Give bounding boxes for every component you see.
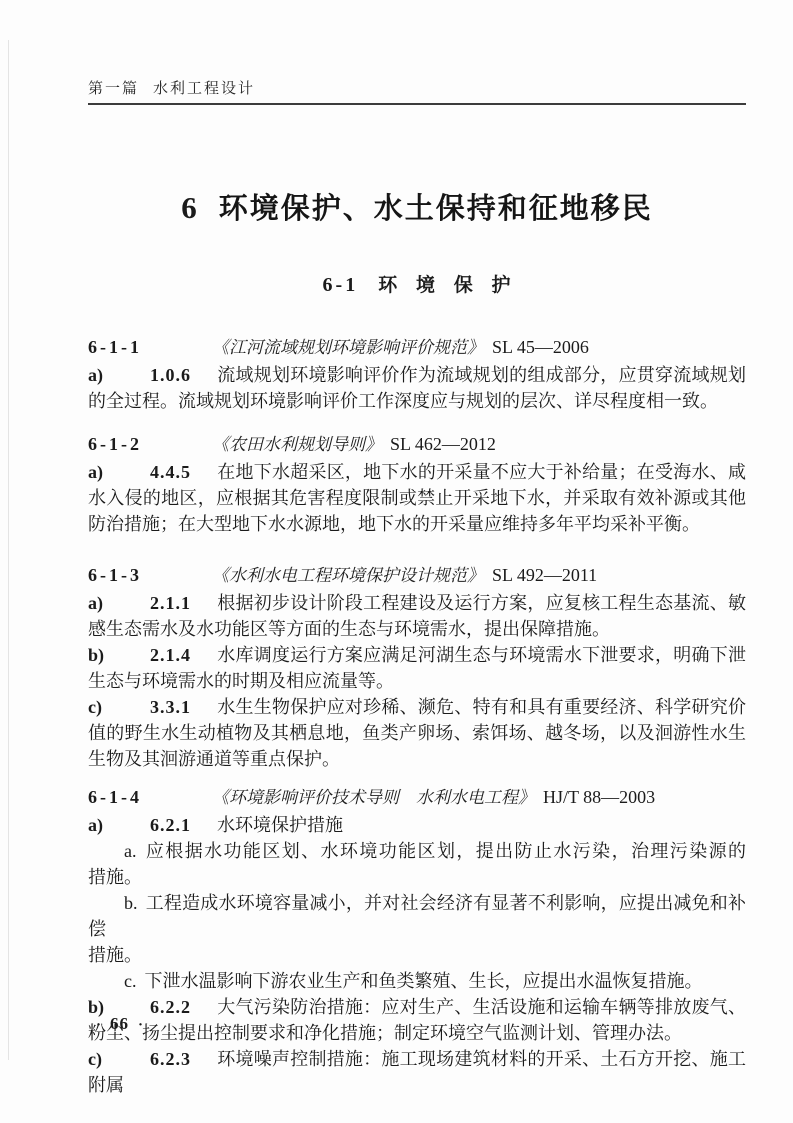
- entry-standard-code: SL 45—2006: [492, 337, 589, 357]
- clause-label: a): [88, 362, 150, 388]
- page-number-value: 66: [110, 1014, 129, 1033]
- header-part-title: 水利工程设计: [153, 80, 255, 97]
- sub-clause-label: a.: [124, 841, 137, 861]
- entry-book-title: 《水利水电工程环境保护设计规范》: [212, 566, 484, 585]
- header-rule: [88, 103, 746, 105]
- sub-clause-text: 工程造成水环境容量减小，并对社会经济有显著不利影响，应提出减免和补偿: [88, 893, 746, 939]
- sub-clause-line1: a.应根据水功能区划、水环境功能区划，提出防止水污染，治理污染源的: [88, 838, 746, 864]
- chapter-number: 6: [181, 190, 197, 225]
- entry-heading: 6-1-1《江河流域规划环境影响评价规范》SL 45—2006: [88, 334, 746, 362]
- clause-text: 水环境保护措施: [217, 815, 343, 835]
- entry-heading: 6-1-2《农田水利规划导则》SL 462—2012: [88, 431, 746, 459]
- clause-label: a): [88, 459, 150, 485]
- clause-item: c)3.3.1水生生物保护应对珍稀、濒危、特有和具有重要经济、科学研究价值的野生…: [88, 694, 746, 772]
- clause-label: b): [88, 642, 150, 668]
- entry-id: 6-1-4: [88, 784, 212, 810]
- clause-label: a): [88, 590, 150, 616]
- sub-clause-label: b.: [124, 893, 138, 913]
- chapter-heading: 6环境保护、水土保持和征地移民: [88, 189, 746, 227]
- clause-item: b)6.2.2大气污染防治措施：应对生产、生活设施和运输车辆等排放废气、粉尘、扬…: [88, 994, 746, 1046]
- sub-clause-label: c.: [124, 971, 137, 991]
- sub-clause-line1: b.工程造成水环境容量减小，并对社会经济有显著不利影响，应提出减免和补偿: [88, 890, 746, 942]
- sub-clause-item: b.工程造成水环境容量减小，并对社会经济有显著不利影响，应提出减免和补偿 措施。: [88, 890, 746, 968]
- clause-item: a)4.4.5在地下水超采区，地下水的开采量不应大于补给量；在受海水、咸水入侵的…: [88, 459, 746, 537]
- entry-standard-code: SL 462—2012: [390, 434, 496, 454]
- clause-number: 1.0.6: [150, 365, 191, 385]
- sub-clause-line1: c.下泄水温影响下游农业生产和鱼类繁殖、生长，应提出水温恢复措施。: [88, 968, 746, 994]
- entry-id: 6-1-1: [88, 334, 212, 360]
- clause-number: 6.2.3: [150, 1049, 191, 1069]
- sub-clause-line2: 措施。: [88, 942, 746, 968]
- running-header: 第一篇水利工程设计: [88, 0, 746, 98]
- sub-clause-text: 下泄水温影响下游农业生产和鱼类繁殖、生长，应提出水温恢复措施。: [145, 971, 703, 991]
- page-number: ·66·: [96, 1014, 143, 1035]
- sub-clause-item: c.下泄水温影响下游农业生产和鱼类繁殖、生长，应提出水温恢复措施。: [88, 968, 746, 994]
- section-heading: 6-1环 境 保 护: [88, 271, 746, 298]
- entry-heading: 6-1-4《环境影响评价技术导则 水利水电工程》HJ/T 88—2003: [88, 784, 746, 812]
- entry-6-1-4: 6-1-4《环境影响评价技术导则 水利水电工程》HJ/T 88—2003 a)6…: [88, 784, 746, 1098]
- clause-item: a)6.2.1水环境保护措施: [88, 812, 746, 838]
- clause-item: b)2.1.4水库调度运行方案应满足河湖生态与环境需水下泄要求，明确下泄生态与环…: [88, 642, 746, 694]
- sub-clause-text: 应根据水功能区划、水环境功能区划，提出防止水污染，治理污染源的: [145, 841, 747, 861]
- clause-label: c): [88, 1046, 150, 1072]
- clause-number: 2.1.1: [150, 593, 191, 613]
- section-number: 6-1: [323, 274, 359, 296]
- entry-id: 6-1-2: [88, 431, 212, 457]
- entry-6-1-3: 6-1-3《水利水电工程环境保护设计规范》SL 492—2011 a)2.1.1…: [88, 562, 746, 772]
- entry-standard-code: HJ/T 88—2003: [543, 787, 655, 807]
- clause-number: 4.4.5: [150, 462, 191, 482]
- chapter-title: 环境保护、水土保持和征地移民: [219, 193, 653, 225]
- entry-6-1-1: 6-1-1《江河流域规划环境影响评价规范》SL 45—2006 a)1.0.6流…: [88, 334, 746, 414]
- sub-clause-line2: 措施。: [88, 864, 746, 890]
- clause-item: a)2.1.1根据初步设计阶段工程建设及运行方案，应复核工程生态基流、敏感生态需…: [88, 590, 746, 642]
- entry-6-1-2: 6-1-2《农田水利规划导则》SL 462—2012 a)4.4.5在地下水超采…: [88, 431, 746, 537]
- clause-item: a)1.0.6流域规划环境影响评价作为流域规划的组成部分，应贯穿流域规划的全过程…: [88, 362, 746, 414]
- clause-number: 6.2.2: [150, 997, 191, 1017]
- sub-clause-item: a.应根据水功能区划、水环境功能区划，提出防止水污染，治理污染源的 措施。: [88, 838, 746, 890]
- clause-label: a): [88, 812, 150, 838]
- section-title: 环 境 保 护: [378, 275, 511, 296]
- clause-item: c)6.2.3环境噪声控制措施：施工现场建筑材料的开采、土石方开挖、施工附属: [88, 1046, 746, 1098]
- clause-number: 6.2.1: [150, 815, 191, 835]
- entry-heading: 6-1-3《水利水电工程环境保护设计规范》SL 492—2011: [88, 562, 746, 590]
- clause-label: c): [88, 694, 150, 720]
- entry-standard-code: SL 492—2011: [492, 565, 597, 585]
- page-number-left-dot: ·: [96, 1017, 101, 1033]
- page-content: 第一篇水利工程设计 6环境保护、水土保持和征地移民 6-1环 境 保 护 6-1…: [88, 0, 746, 1098]
- entry-book-title: 《环境影响评价技术导则 水利水电工程》: [212, 788, 535, 807]
- header-part-label: 第一篇: [88, 80, 139, 97]
- clause-number: 3.3.1: [150, 697, 191, 717]
- page-number-right-dot: ·: [138, 1017, 143, 1033]
- clause-number: 2.1.4: [150, 645, 191, 665]
- entry-book-title: 《江河流域规划环境影响评价规范》: [212, 338, 484, 357]
- entry-book-title: 《农田水利规划导则》: [212, 435, 382, 454]
- entry-id: 6-1-3: [88, 562, 212, 588]
- book-page: 第一篇水利工程设计 6环境保护、水土保持和征地移民 6-1环 境 保 护 6-1…: [0, 0, 793, 1123]
- scan-edge-line: [8, 40, 9, 1060]
